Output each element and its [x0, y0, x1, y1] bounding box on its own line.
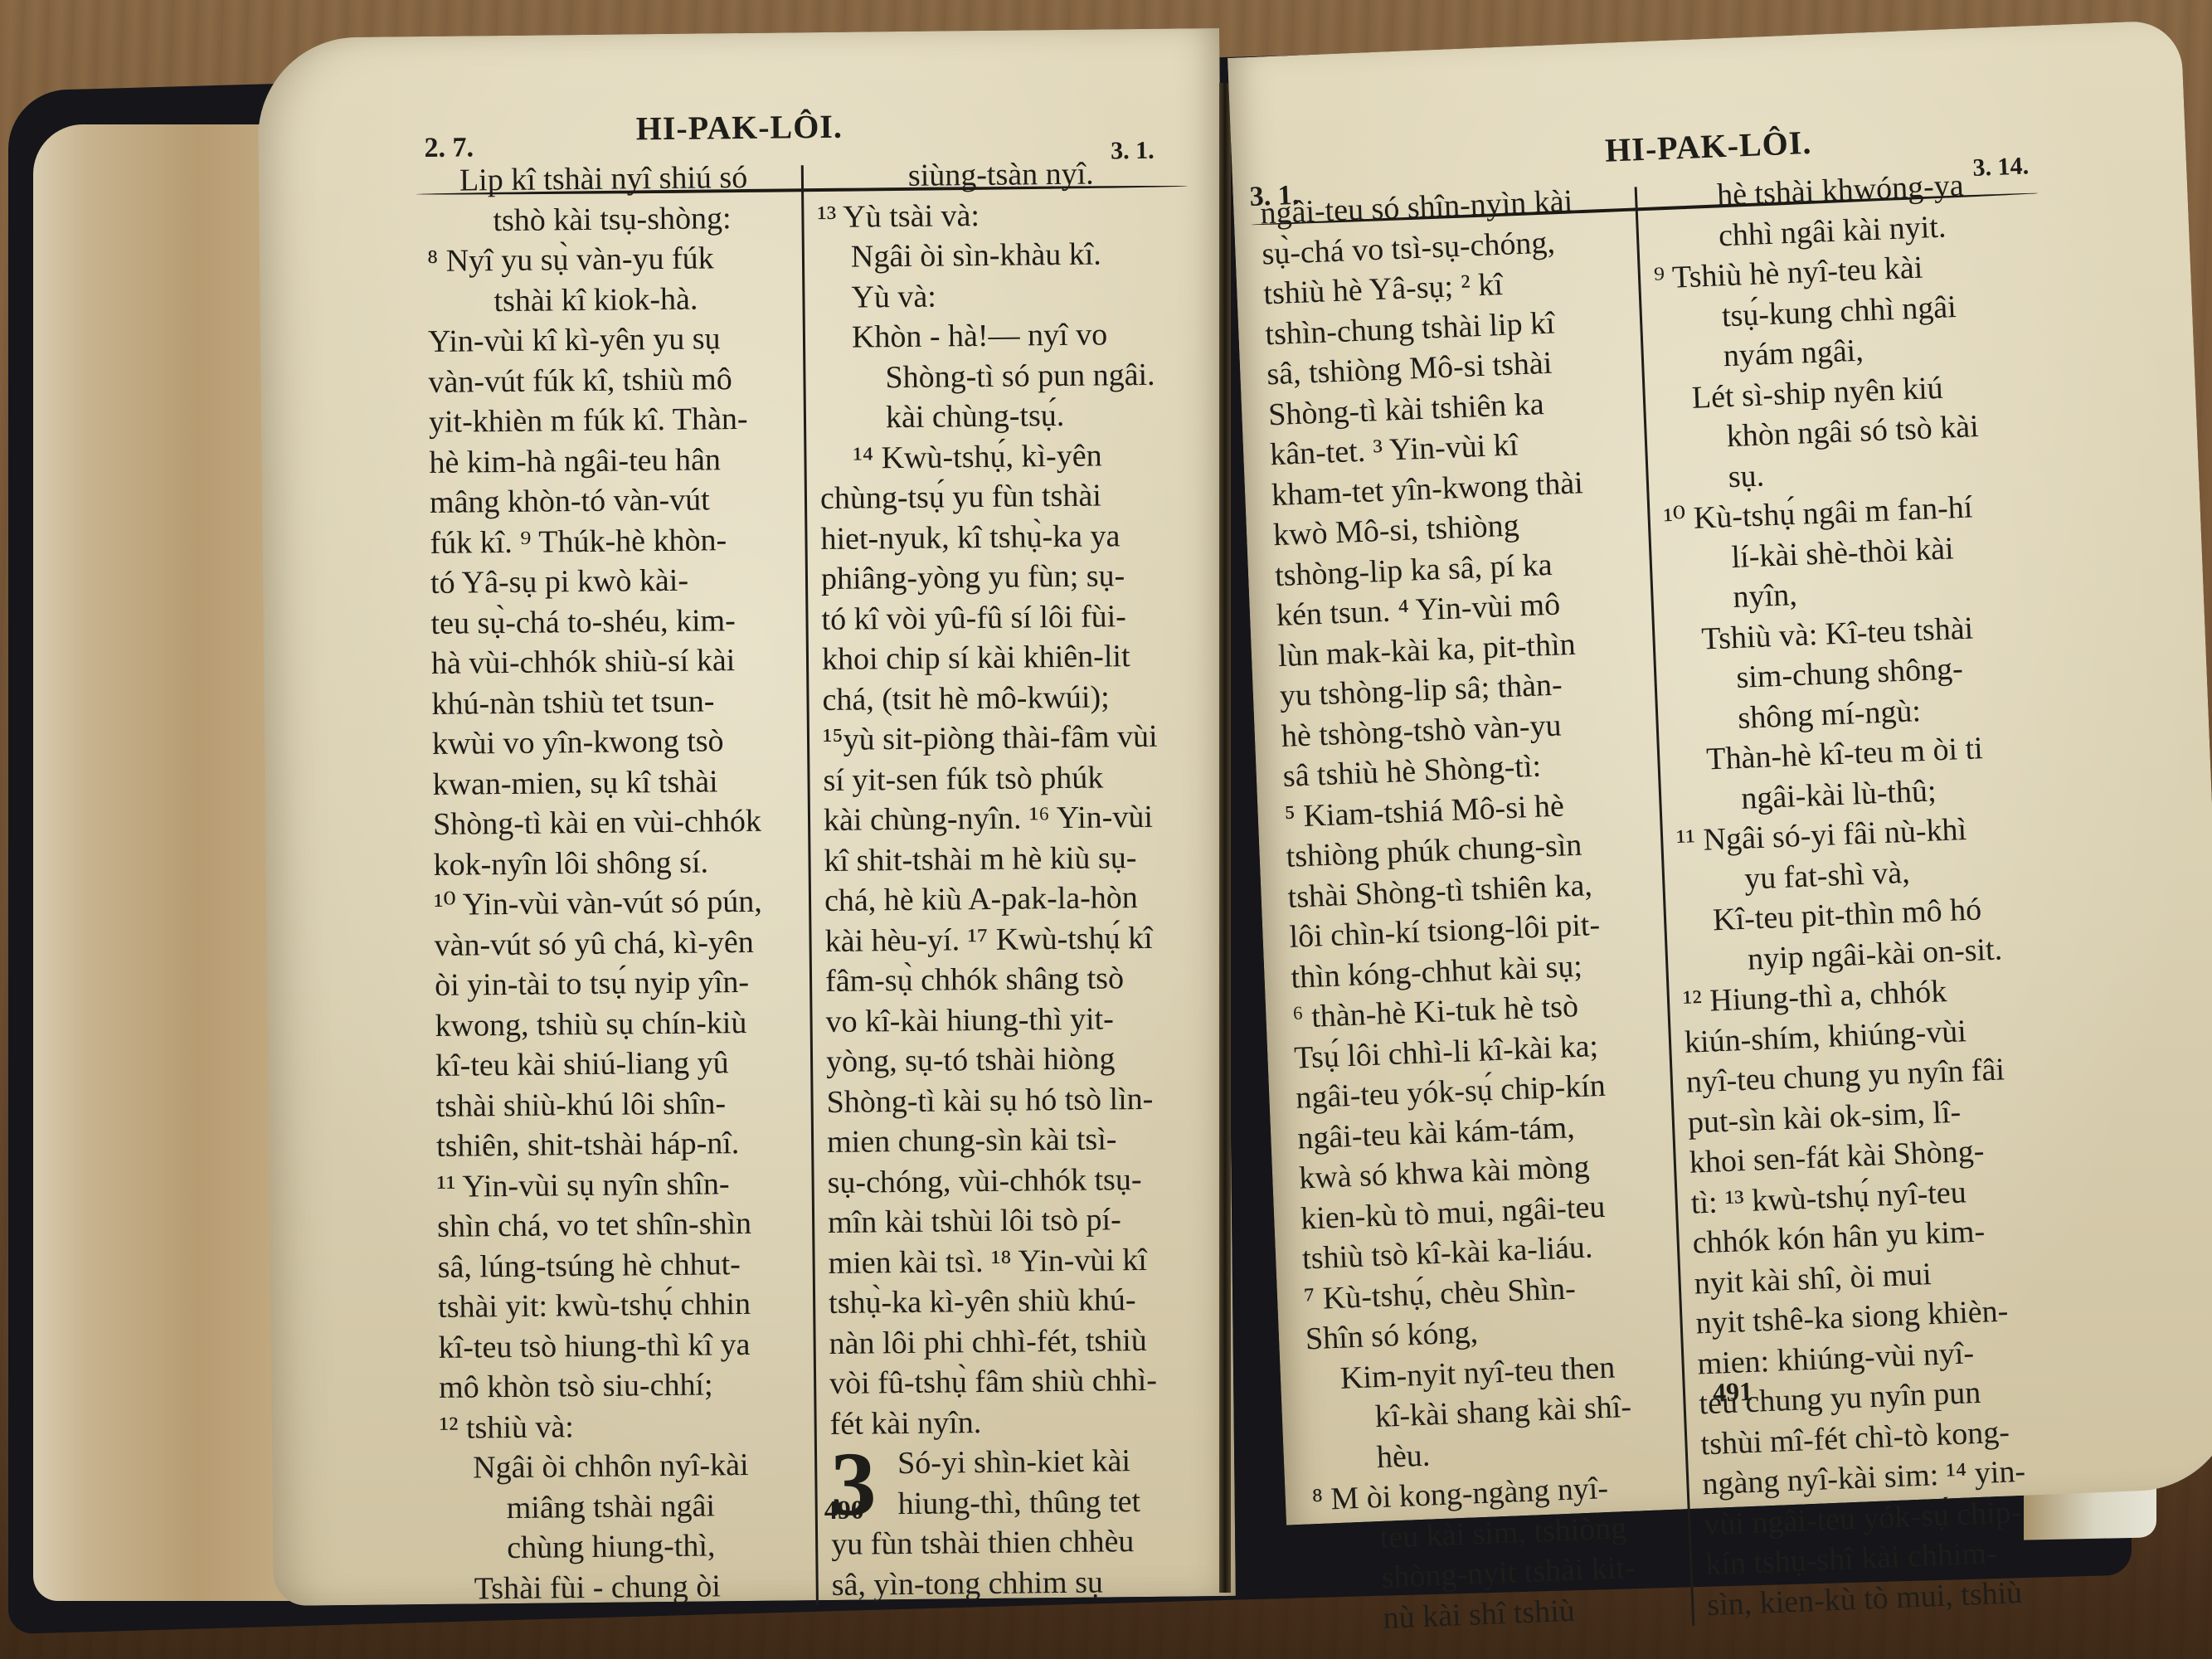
text-line: Ngâi òi chhôn nyî-kài	[440, 1444, 801, 1488]
text-line: Khòn - hà!— nyî vo	[819, 314, 1180, 358]
text-line: kài chùng-nyîn. ¹⁶ Yin-vùi	[824, 796, 1185, 840]
text-line: tó Yâ-sụ pi kwò kài-	[430, 559, 792, 603]
text-line: yit-khièn m fúk kî. Thàn-	[429, 398, 790, 442]
text-line: kwan-mien, sụ kî tshài	[432, 761, 794, 805]
text-line: tshò kài tsụ-shòng:	[426, 197, 788, 241]
photo-scene: 2. 7. HI-PAK-LÔI. 3. 1. Lip kî tshài nyî…	[0, 0, 2212, 1659]
text-line: teu sụ̀-chá to-shéu, kim-	[430, 600, 792, 644]
text-line: sụ-chóng, vùi-chhók tsụ-	[827, 1159, 1189, 1203]
text-line: hiet-nyuk, kî tshụ̀-ka ya	[820, 515, 1182, 559]
left-page: 2. 7. HI-PAK-LÔI. 3. 1. Lip kî tshài nyî…	[257, 28, 1236, 1606]
text-column-1: Lip kî tshài nyî shiú sótshò kài tsụ-shò…	[416, 157, 813, 1609]
text-line: yòng, sụ-tó tshài hiòng	[826, 1038, 1188, 1082]
text-line: sâ, yìn-tong chhim sụ	[831, 1561, 1193, 1605]
right-page: 3. 1. HI-PAK-LÔI. 3. 14. ngâi-teu só shî…	[1228, 20, 2212, 1525]
text-line: Só-yi shìn-kiet kài	[897, 1441, 1140, 1484]
text-line: ¹² tshiù và:	[439, 1404, 800, 1448]
column-lines: siùng-tsàn nyî.¹³ Yù tsài và:Ngâi òi sìn…	[817, 153, 1192, 1444]
text-line: khú-nàn tshiù tet tsun-	[431, 680, 793, 724]
text-line: shìn chá, vo tet shîn-shìn	[437, 1203, 799, 1247]
text-line: tshài kî kiok-hà.	[427, 278, 789, 322]
text-column-2: hè tshài khwóng-yachhì ngâi kài nyit.⁹ T…	[1640, 163, 2079, 1626]
text-line: kwùi vo yîn-kwong tsò	[432, 720, 794, 764]
text-line: kài hèu-yí. ¹⁷ Kwù-tshụ́ kî	[824, 917, 1186, 961]
text-line: hè kim-hà ngâi-teu hân	[429, 439, 790, 483]
text-line: chá, hè kiù A-pak-la-hòn	[824, 877, 1186, 921]
text-line: Ngâi òi sìn-khàu kî.	[818, 233, 1179, 277]
column-lines: yu fùn tshài thien chhèusâ, yìn-tong chh…	[831, 1520, 1194, 1605]
chapter-start: 3 Só-yi shìn-kiet kài hiung-thì, thûng t…	[830, 1440, 1193, 1525]
book-title: HI-PAK-LÔI.	[258, 103, 1220, 152]
text-line: sí yit-sen fúk tsò phúk	[823, 757, 1184, 800]
text-line: phiâng-yòng yu fùn; sụ-	[821, 555, 1183, 599]
page-number: 490	[824, 1495, 864, 1526]
text-line: mâng khòn-tó vàn-vút	[430, 479, 791, 523]
book-gutter	[1219, 83, 1231, 1593]
text-line: mien chung-sìn kài tsì-	[827, 1118, 1189, 1162]
page-number: 491	[1712, 1376, 1753, 1408]
text-line: kî-teu kài shiú-liang yû	[435, 1042, 797, 1086]
chapter-start-text: Só-yi shìn-kiet kài hiung-thì, thûng tet	[897, 1441, 1140, 1524]
text-line: ¹⁵yù sit-piòng thài-fâm vùi	[823, 716, 1184, 760]
text-line: Tshài fùi - chung òi	[440, 1565, 802, 1609]
text-line: fâm-sụ̀ chhók shâng tsò	[825, 957, 1187, 1001]
text-line: chá, (tsit hè mô-kwúi);	[822, 676, 1184, 720]
text-line: siùng-tsàn nyî.	[817, 153, 1179, 197]
text-line: mô khòn tsò siu-chhí;	[439, 1364, 800, 1408]
text-line: ¹⁴ Kwù-tshụ́, kì-yên	[819, 435, 1181, 479]
text-line: Lip kî tshài nyî shiú só	[426, 157, 788, 201]
text-column-1: ngâi-teu só shîn-nyìn kàisụ̀-chá vo tsì-…	[1250, 179, 1689, 1642]
text-column-2: siùng-tsàn nyî.¹³ Yù tsài và:Ngâi òi sìn…	[807, 153, 1203, 1605]
text-line: kok-nyîn lôi shông sí.	[433, 841, 795, 885]
text-line: kî shit-tshài m hè kiù sụ-	[824, 837, 1185, 881]
text-line: kài chùng-tsụ́.	[819, 394, 1181, 438]
text-line: yu fùn tshài thien chhèu	[831, 1520, 1193, 1564]
text-line: Yù và:	[818, 274, 1179, 318]
text-line: Yin-vùi kî kì-yên yu sụ	[428, 318, 790, 362]
text-line: Shòng-tì só pun ngâi.	[819, 354, 1180, 398]
text-line: vàn-vút só yû chá, kì-yên	[434, 922, 795, 966]
text-line: òi yin-tài to tsụ́ nyip yîn-	[435, 961, 796, 1005]
text-line: hà vùi-chhók shiù-sí kài	[431, 640, 793, 684]
running-head-left: 2. 7. HI-PAK-LÔI. 3. 1.	[258, 78, 1221, 154]
text-line: mien kài tsì. ¹⁸ Yin-vùi kî	[828, 1239, 1189, 1283]
text-line: tó kî vòi yû-fû sí lôi fùi-	[821, 596, 1183, 640]
text-line: tshài yit: kwù-tshụ́ chhin	[438, 1283, 800, 1327]
text-columns: Lip kî tshài nyî shiú sótshò kài tsụ-shò…	[416, 153, 1219, 1609]
text-line: fét kài nyîn.	[829, 1400, 1191, 1444]
text-line: kwong, tshiù sụ chín-kiù	[435, 1002, 796, 1046]
text-line: hiung-thì, thûng tet	[897, 1481, 1140, 1525]
text-line: Shòng-tì kài sụ hó tsò lìn-	[826, 1078, 1188, 1122]
text-columns: ngâi-teu só shîn-nyìn kàisụ̀-chá vo tsì-…	[1250, 163, 2103, 1642]
text-line: khoi chip sí kài khiên-lit	[822, 635, 1184, 679]
text-line: chùng-tsụ́ yu fùn tshài	[820, 474, 1182, 518]
text-line: fúk kî. ⁹ Thúk-hè khòn-	[430, 519, 791, 563]
text-line: mîn kài tshùi lôi tsò pí-	[828, 1199, 1189, 1243]
text-line: tshiên, shit-tshài háp-nî.	[436, 1122, 798, 1166]
text-line: sâ, lúng-tsúng hè chhut-	[437, 1243, 799, 1287]
text-line: ¹⁰ Yin-vùi vàn-vút só pún,	[434, 881, 795, 925]
text-line: vàn-vút fúk kî, tshiù mô	[428, 358, 790, 402]
text-line: ⁸ Nyî yu sụ̀ vàn-yu fúk	[427, 237, 789, 281]
text-line: ¹³ Yù tsài và:	[817, 193, 1179, 237]
running-head-right: 3. 1. HI-PAK-LÔI. 3. 14.	[1229, 70, 2185, 174]
text-line: tshụ̀-ka kì-yên shiù khú-	[829, 1279, 1190, 1323]
text-line: ¹¹ Yin-vùi sụ nyîn shîn-	[436, 1163, 798, 1207]
text-line: vòi fû-tshụ̀ fâm shiù chhì-	[829, 1360, 1191, 1404]
text-line: chùng hiung-thì,	[440, 1525, 802, 1569]
text-line: kî-teu tsò hiung-thì kî ya	[438, 1324, 800, 1368]
text-line: Shòng-tì kài en vùi-chhók	[433, 800, 795, 844]
text-line: tshài shiù-khú lôi shîn-	[435, 1082, 797, 1126]
text-line: miâng tshài ngâi	[440, 1485, 801, 1529]
text-line: nàn lôi phi chhì-fét, tshiù	[829, 1320, 1190, 1364]
text-line: vo kî-kài hiung-thì yit-	[825, 998, 1187, 1042]
